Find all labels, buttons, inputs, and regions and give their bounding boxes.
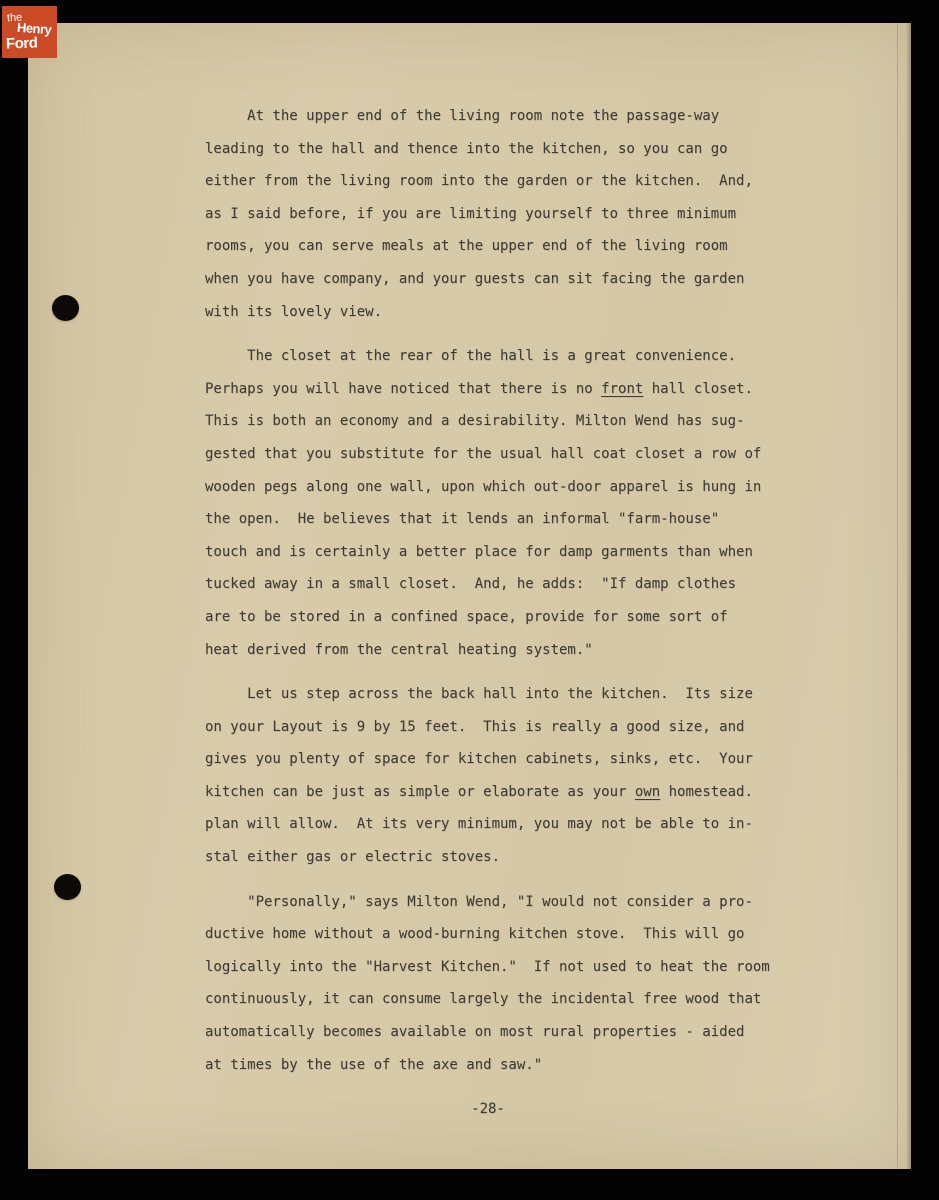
text-line: This is both an economy and a desirabili…	[205, 405, 795, 438]
text-line: gives you plenty of space for kitchen ca…	[205, 743, 795, 776]
text-line: tucked away in a small closet. And, he a…	[205, 568, 795, 601]
text-line: heat derived from the central heating sy…	[205, 634, 795, 667]
punch-hole-top	[52, 295, 79, 321]
punch-hole-bottom	[54, 874, 81, 900]
text-line: the open. He believes that it lends an i…	[205, 503, 795, 536]
text-line: "Personally," says Milton Wend, "I would…	[205, 886, 795, 919]
text-line: logically into the "Harvest Kitchen." If…	[205, 951, 795, 984]
text-line: rooms, you can serve meals at the upper …	[205, 230, 795, 263]
text-line: at times by the use of the axe and saw."	[205, 1049, 795, 1082]
logo-word-ford: Ford	[6, 35, 38, 51]
document-text: At the upper end of the living room note…	[205, 100, 795, 1126]
text-line: plan will allow. At its very minimum, yo…	[205, 808, 795, 841]
text-line: as I said before, if you are limiting yo…	[205, 198, 795, 231]
underlined-word: front	[601, 381, 643, 397]
underlined-word: own	[635, 784, 660, 800]
text-line: leading to the hall and thence into the …	[205, 133, 795, 166]
text-line: stal either gas or electric stoves.	[205, 841, 795, 874]
text-line: touch and is certainly a better place fo…	[205, 536, 795, 569]
paragraph-2: The closet at the rear of the hall is a …	[205, 340, 795, 666]
text-line: kitchen can be just as simple or elabora…	[205, 776, 795, 809]
text-line: automatically becomes available on most …	[205, 1016, 795, 1049]
text-line: At the upper end of the living room note…	[205, 100, 795, 133]
text-line: on your Layout is 9 by 15 feet. This is …	[205, 711, 795, 744]
text-line: are to be stored in a confined space, pr…	[205, 601, 795, 634]
text-line: with its lovely view.	[205, 296, 795, 329]
text-line: either from the living room into the gar…	[205, 165, 795, 198]
text-segment: kitchen can be just as simple or elabora…	[205, 784, 635, 800]
text-line: Perhaps you will have noticed that there…	[205, 373, 795, 406]
text-line: when you have company, and your guests c…	[205, 263, 795, 296]
paragraph-4: "Personally," says Milton Wend, "I would…	[205, 886, 795, 1082]
henry-ford-logo: the Henry Ford	[2, 6, 57, 58]
text-segment: homestead.	[660, 784, 753, 800]
paragraph-3: Let us step across the back hall into th…	[205, 678, 795, 874]
document-page: At the upper end of the living room note…	[28, 23, 911, 1169]
text-line: gested that you substitute for the usual…	[205, 438, 795, 471]
text-line: continuously, it can consume largely the…	[205, 983, 795, 1016]
text-line: The closet at the rear of the hall is a …	[205, 340, 795, 373]
page-number: -28-	[205, 1093, 771, 1126]
text-segment: hall closet.	[643, 381, 753, 397]
paragraph-1: At the upper end of the living room note…	[205, 100, 795, 328]
text-line: Let us step across the back hall into th…	[205, 678, 795, 711]
text-line: ductive home without a wood-burning kitc…	[205, 918, 795, 951]
text-segment: Perhaps you will have noticed that there…	[205, 381, 601, 397]
text-line: wooden pegs along one wall, upon which o…	[205, 471, 795, 504]
